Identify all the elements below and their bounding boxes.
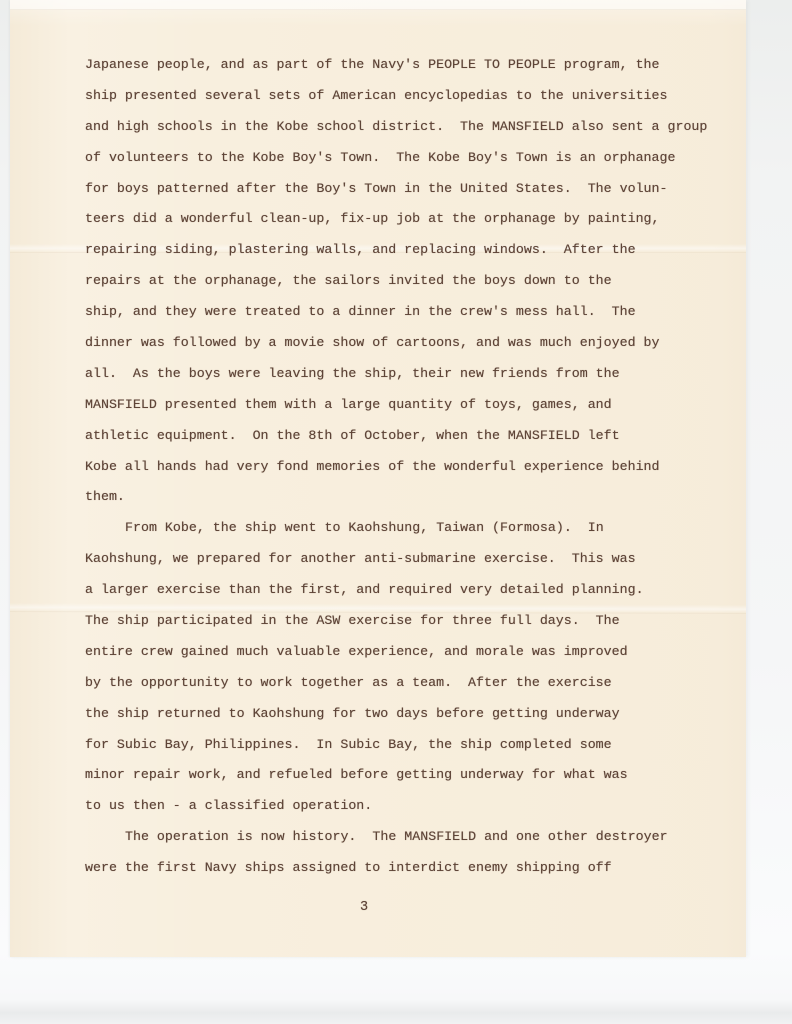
text-line: Kobe all hands had very fond memories of… xyxy=(85,452,732,483)
text-line: From Kobe, the ship went to Kaohshung, T… xyxy=(85,513,732,544)
text-line: the ship returned to Kaohshung for two d… xyxy=(85,699,732,730)
text-line: were the first Navy ships assigned to in… xyxy=(85,853,732,884)
typewritten-text-body: Japanese people, and as part of the Navy… xyxy=(85,50,732,884)
text-line: them. xyxy=(85,482,732,513)
text-line: Kaohshung, we prepared for another anti-… xyxy=(85,544,732,575)
text-line: of volunteers to the Kobe Boy's Town. Th… xyxy=(85,143,732,174)
document-page: Japanese people, and as part of the Navy… xyxy=(10,0,746,957)
text-line: all. As the boys were leaving the ship, … xyxy=(85,359,732,390)
text-line: teers did a wonderful clean-up, fix-up j… xyxy=(85,204,732,235)
text-line: The ship participated in the ASW exercis… xyxy=(85,606,732,637)
text-line: to us then - a classified operation. xyxy=(85,791,732,822)
text-line: a larger exercise than the first, and re… xyxy=(85,575,732,606)
text-line: and high schools in the Kobe school dist… xyxy=(85,112,732,143)
text-line: ship, and they were treated to a dinner … xyxy=(85,297,732,328)
fold-crease-top xyxy=(10,0,746,10)
text-line: entire crew gained much valuable experie… xyxy=(85,637,732,668)
text-line: for Subic Bay, Philippines. In Subic Bay… xyxy=(85,730,732,761)
text-line: minor repair work, and refueled before g… xyxy=(85,760,732,791)
text-line: The operation is now history. The MANSFI… xyxy=(85,822,732,853)
text-line: for boys patterned after the Boy's Town … xyxy=(85,174,732,205)
text-line: ship presented several sets of American … xyxy=(85,81,732,112)
text-line: repairs at the orphanage, the sailors in… xyxy=(85,266,732,297)
text-line: dinner was followed by a movie show of c… xyxy=(85,328,732,359)
scanner-background: Japanese people, and as part of the Navy… xyxy=(0,0,792,1024)
text-line: by the opportunity to work together as a… xyxy=(85,668,732,699)
text-line: Japanese people, and as part of the Navy… xyxy=(85,50,732,81)
text-line: MANSFIELD presented them with a large qu… xyxy=(85,390,732,421)
page-number: 3 xyxy=(360,900,368,915)
text-line: repairing siding, plastering walls, and … xyxy=(85,235,732,266)
text-line: athletic equipment. On the 8th of Octobe… xyxy=(85,421,732,452)
